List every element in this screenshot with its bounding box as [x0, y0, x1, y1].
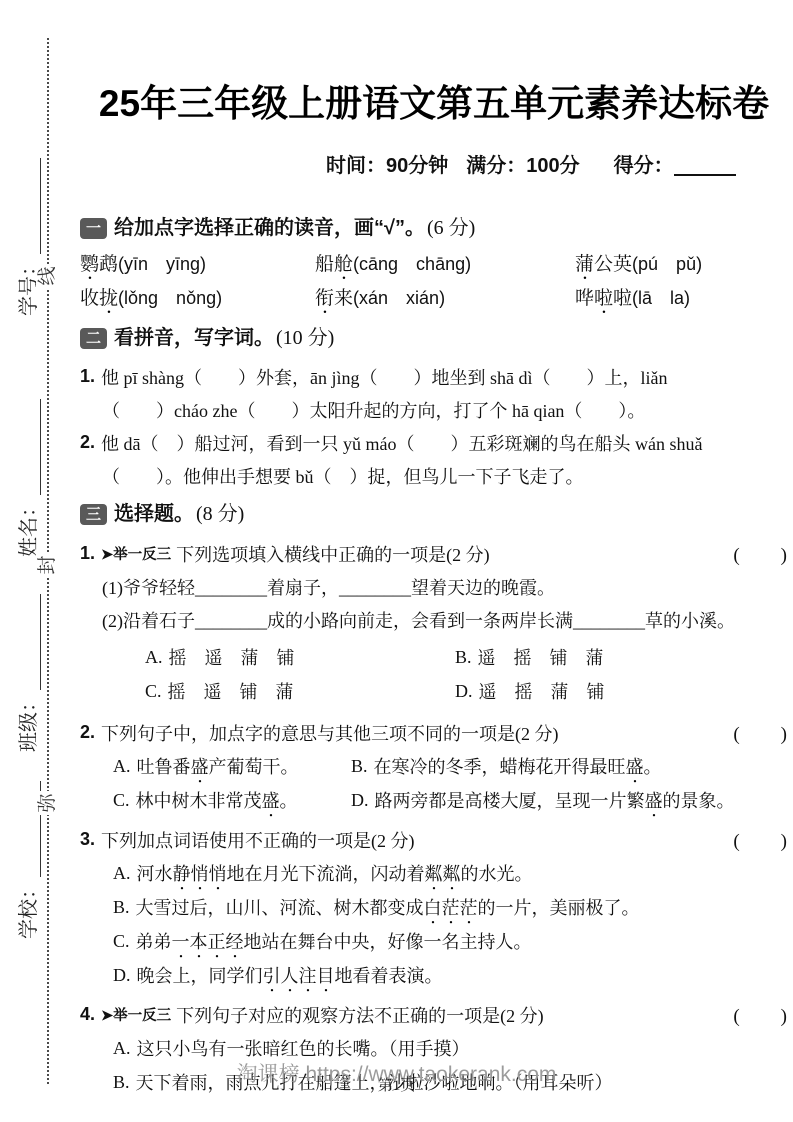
section3-q2-stem: 2. 下列句子中，加点字的意思与其他三项不同的一项是(2 分) ( )	[80, 716, 788, 749]
score-label: 得分：	[614, 155, 674, 177]
section3-q4-stem: 4. ➤举一反三 下列句子对应的观察方法不正确的一项是(2 分) ( )	[80, 998, 788, 1031]
section3-title: 选择题。	[114, 502, 194, 526]
section2-q1-line2: （ ）cháo zhe（ ）太阳升起的方向，打了个 hā qian（ ）。	[80, 393, 788, 426]
option-b: B.在寒冷的冬季，蜡梅花开得最旺盛。	[351, 749, 788, 783]
section3-header: 三 选择题。 (8 分)	[80, 502, 788, 526]
section3-q2-options: A.吐鲁番盛产葡萄干。 B.在寒冷的冬季，蜡梅花开得最旺盛。 C.林中树木非常茂…	[80, 749, 788, 817]
margin-field-class: 班级：	[15, 582, 41, 752]
section3-q1-sub1: (1)爷爷轻轻________着扇子，________望着天边的晚霞。	[80, 570, 788, 603]
option-a: A.河水静悄悄地在月光下流淌，闪动着粼粼的水光。	[113, 856, 788, 890]
school-label: 学校：	[12, 879, 41, 939]
name-label: 姓名：	[12, 497, 41, 557]
section3-q1-options: A.摇 遥 蒲 铺 B.遥 摇 铺 蒲 C.摇 遥 铺 蒲 D.遥 摇 蒲 铺	[80, 640, 788, 708]
answer-blank: ( )	[733, 540, 788, 567]
pinyin-item: 蒲公英(pú pǔ)	[575, 252, 788, 277]
section2-q1-line1: 1. 他 pī shàng（ ）外套，ān jìng（ ）地坐到 shā dì（…	[80, 360, 788, 393]
section3-q3-options: A.河水静悄悄地在月光下流淌，闪动着粼粼的水光。 B.大雪过后，山川、河流、树木…	[80, 856, 788, 992]
extension-badge: ➤举一反三	[101, 543, 171, 564]
name-blank	[22, 399, 41, 495]
section2-q2-line2: （ ）。他伸出手想要 bǔ（ ）捉，但鸟儿一下子飞走了。	[80, 459, 788, 492]
seal-char-mi: 弥	[36, 791, 60, 815]
option-d: D.遥 摇 蒲 铺	[455, 674, 788, 708]
margin-field-student-id: 学号：	[15, 146, 41, 316]
score-blank	[674, 154, 736, 176]
section1-items: 鹦鹉(yīn yīng) 船舱(cāng chāng) 蒲公英(pú pǔ) 收…	[80, 252, 788, 311]
time-label: 时间：90分钟	[326, 155, 448, 177]
class-label: 班级：	[12, 692, 41, 752]
answer-blank: ( )	[733, 1001, 788, 1028]
option-a: A.摇 遥 蒲 铺	[145, 640, 455, 674]
exam-info-line: 时间：90分钟满分：100分得分：	[80, 154, 788, 178]
section3-points: (8 分)	[196, 502, 244, 526]
seal-char-line: 线	[36, 264, 60, 288]
exam-paper-page: 学号： 姓名： 班级： 学校： 线 封 弥 25年三年级上册语文第五单元素养达标…	[0, 0, 793, 1122]
option-a: A.吐鲁番盛产葡萄干。	[113, 749, 351, 783]
section2-q2-line1: 2. 他 dā（ ）船过河，看到一只 yǔ máo（ ）五彩斑斓的鸟在船头 wá…	[80, 426, 788, 459]
page-number: 第1页	[0, 1074, 793, 1095]
section1-number-icon: 一	[80, 218, 107, 239]
section2-number-icon: 二	[80, 328, 107, 349]
section3-number-icon: 三	[80, 504, 107, 525]
full-score-label: 满分：100分	[466, 155, 579, 177]
section3-q1-stem: 1. ➤举一反三 下列选项填入横线中正确的一项是(2 分) ( )	[80, 537, 788, 570]
section2-points: (10 分)	[276, 326, 334, 350]
answer-blank: ( )	[733, 719, 788, 746]
main-content: 25年三年级上册语文第五单元素养达标卷 时间：90分钟满分：100分得分： 一 …	[80, 70, 788, 1099]
section1-title: 给加点字选择正确的读音，画“√”。	[114, 216, 425, 240]
section3-q3-stem: 3. 下列加点词语使用不正确的一项是(2 分) ( )	[80, 823, 788, 856]
option-b: B.遥 摇 铺 蒲	[455, 640, 788, 674]
pinyin-item: 船舱(cāng chāng)	[315, 252, 575, 277]
seal-char-feng: 封	[36, 553, 60, 577]
option-c: C.林中树木非常茂盛。	[113, 783, 351, 817]
section1-points: (6 分)	[427, 216, 475, 240]
section2-title: 看拼音，写字词。	[114, 326, 274, 350]
class-blank	[22, 594, 41, 690]
section1-header: 一 给加点字选择正确的读音，画“√”。 (6 分)	[80, 216, 788, 240]
option-d: D.晚会上，同学们引人注目地看着表演。	[113, 958, 788, 992]
pinyin-item: 哗啦啦(lā la)	[575, 286, 788, 311]
page-title: 25年三年级上册语文第五单元素养达标卷	[80, 78, 788, 130]
pinyin-item: 鹦鹉(yīn yīng)	[80, 252, 315, 277]
extension-badge: ➤举一反三	[101, 1004, 171, 1025]
section3-q1-sub2: (2)沿着石子________成的小路向前走，会看到一条两岸长满________…	[80, 603, 788, 636]
option-d: D.路两旁都是高楼大厦，呈现一片繁盛的景象。	[351, 783, 788, 817]
section2-header: 二 看拼音，写字词。 (10 分)	[80, 326, 788, 350]
pinyin-item: 收拢(lǒng nǒng)	[80, 286, 315, 311]
margin-field-name: 姓名：	[15, 387, 41, 557]
answer-blank: ( )	[733, 826, 788, 853]
option-c: C.弟弟一本正经地站在舞台中央，好像一名主持人。	[113, 924, 788, 958]
option-c: C.摇 遥 铺 蒲	[145, 674, 455, 708]
student-id-blank	[22, 158, 41, 254]
pinyin-item: 衔来(xán xián)	[315, 286, 575, 311]
option-b: B.大雪过后，山川、河流、树木都变成白茫茫的一片，美丽极了。	[113, 890, 788, 924]
